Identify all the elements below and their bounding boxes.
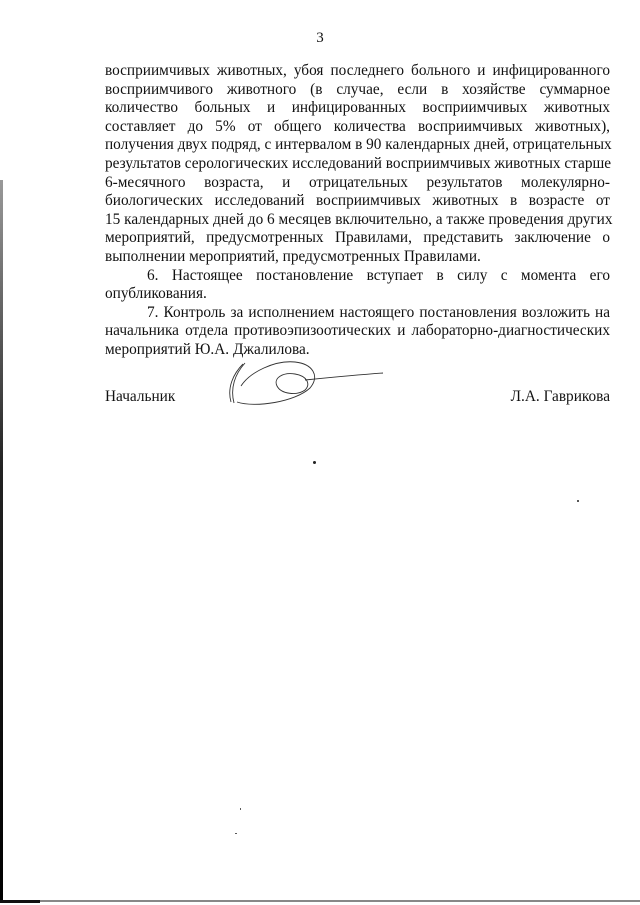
document-page: 3 восприимчивых животных, убоя последнег… [0,0,640,905]
body-line: 15 календарных дней до 6 месяцев включит… [105,211,610,230]
scan-speck [235,833,237,834]
body-line: выполнении мероприятий, предусмотренных … [105,248,610,267]
scan-speck [240,808,241,810]
page-number: 3 [0,30,640,47]
body-line: составляет до 5% от общего количества во… [105,118,610,137]
body-line: биологических исследований восприимчивых… [105,192,610,211]
scan-speck [313,461,316,464]
scan-speck [577,500,579,502]
scan-bottom-corner [0,900,40,903]
body-line: 6-месячного возраста, и отрицательных ре… [105,174,610,193]
position-title: Начальник [105,388,175,406]
paragraph-7-line: начальника отдела противоэпизоотических … [105,322,610,341]
handwritten-signature-icon [225,358,395,408]
scan-left-edge [0,180,3,902]
paragraph-7-line: мероприятий Ю.А. Джалилова. [105,341,610,360]
body-line: получения двух подряд, с интервалом в 90… [105,136,610,155]
body-line: восприимчивых животных, убоя последнего … [105,62,610,81]
body-line: мероприятий, предусмотренных Правилами, … [105,229,610,248]
signer-name: Л.А. Гаврикова [511,388,610,406]
body-line: восприимчивого животного (в случае, если… [105,81,610,100]
body-line: результатов серологических исследований … [105,155,610,174]
document-body: восприимчивых животных, убоя последнего … [105,62,610,360]
body-line: количество больных и инфицированных восп… [105,99,610,118]
paragraph-7-line: 7. Контроль за исполнением настоящего по… [105,304,610,323]
paragraph-6-line: 6. Настоящее постановление вступает в си… [105,267,610,286]
paragraph-6-line: опубликования. [105,285,610,304]
scan-bottom-edge [0,900,640,902]
